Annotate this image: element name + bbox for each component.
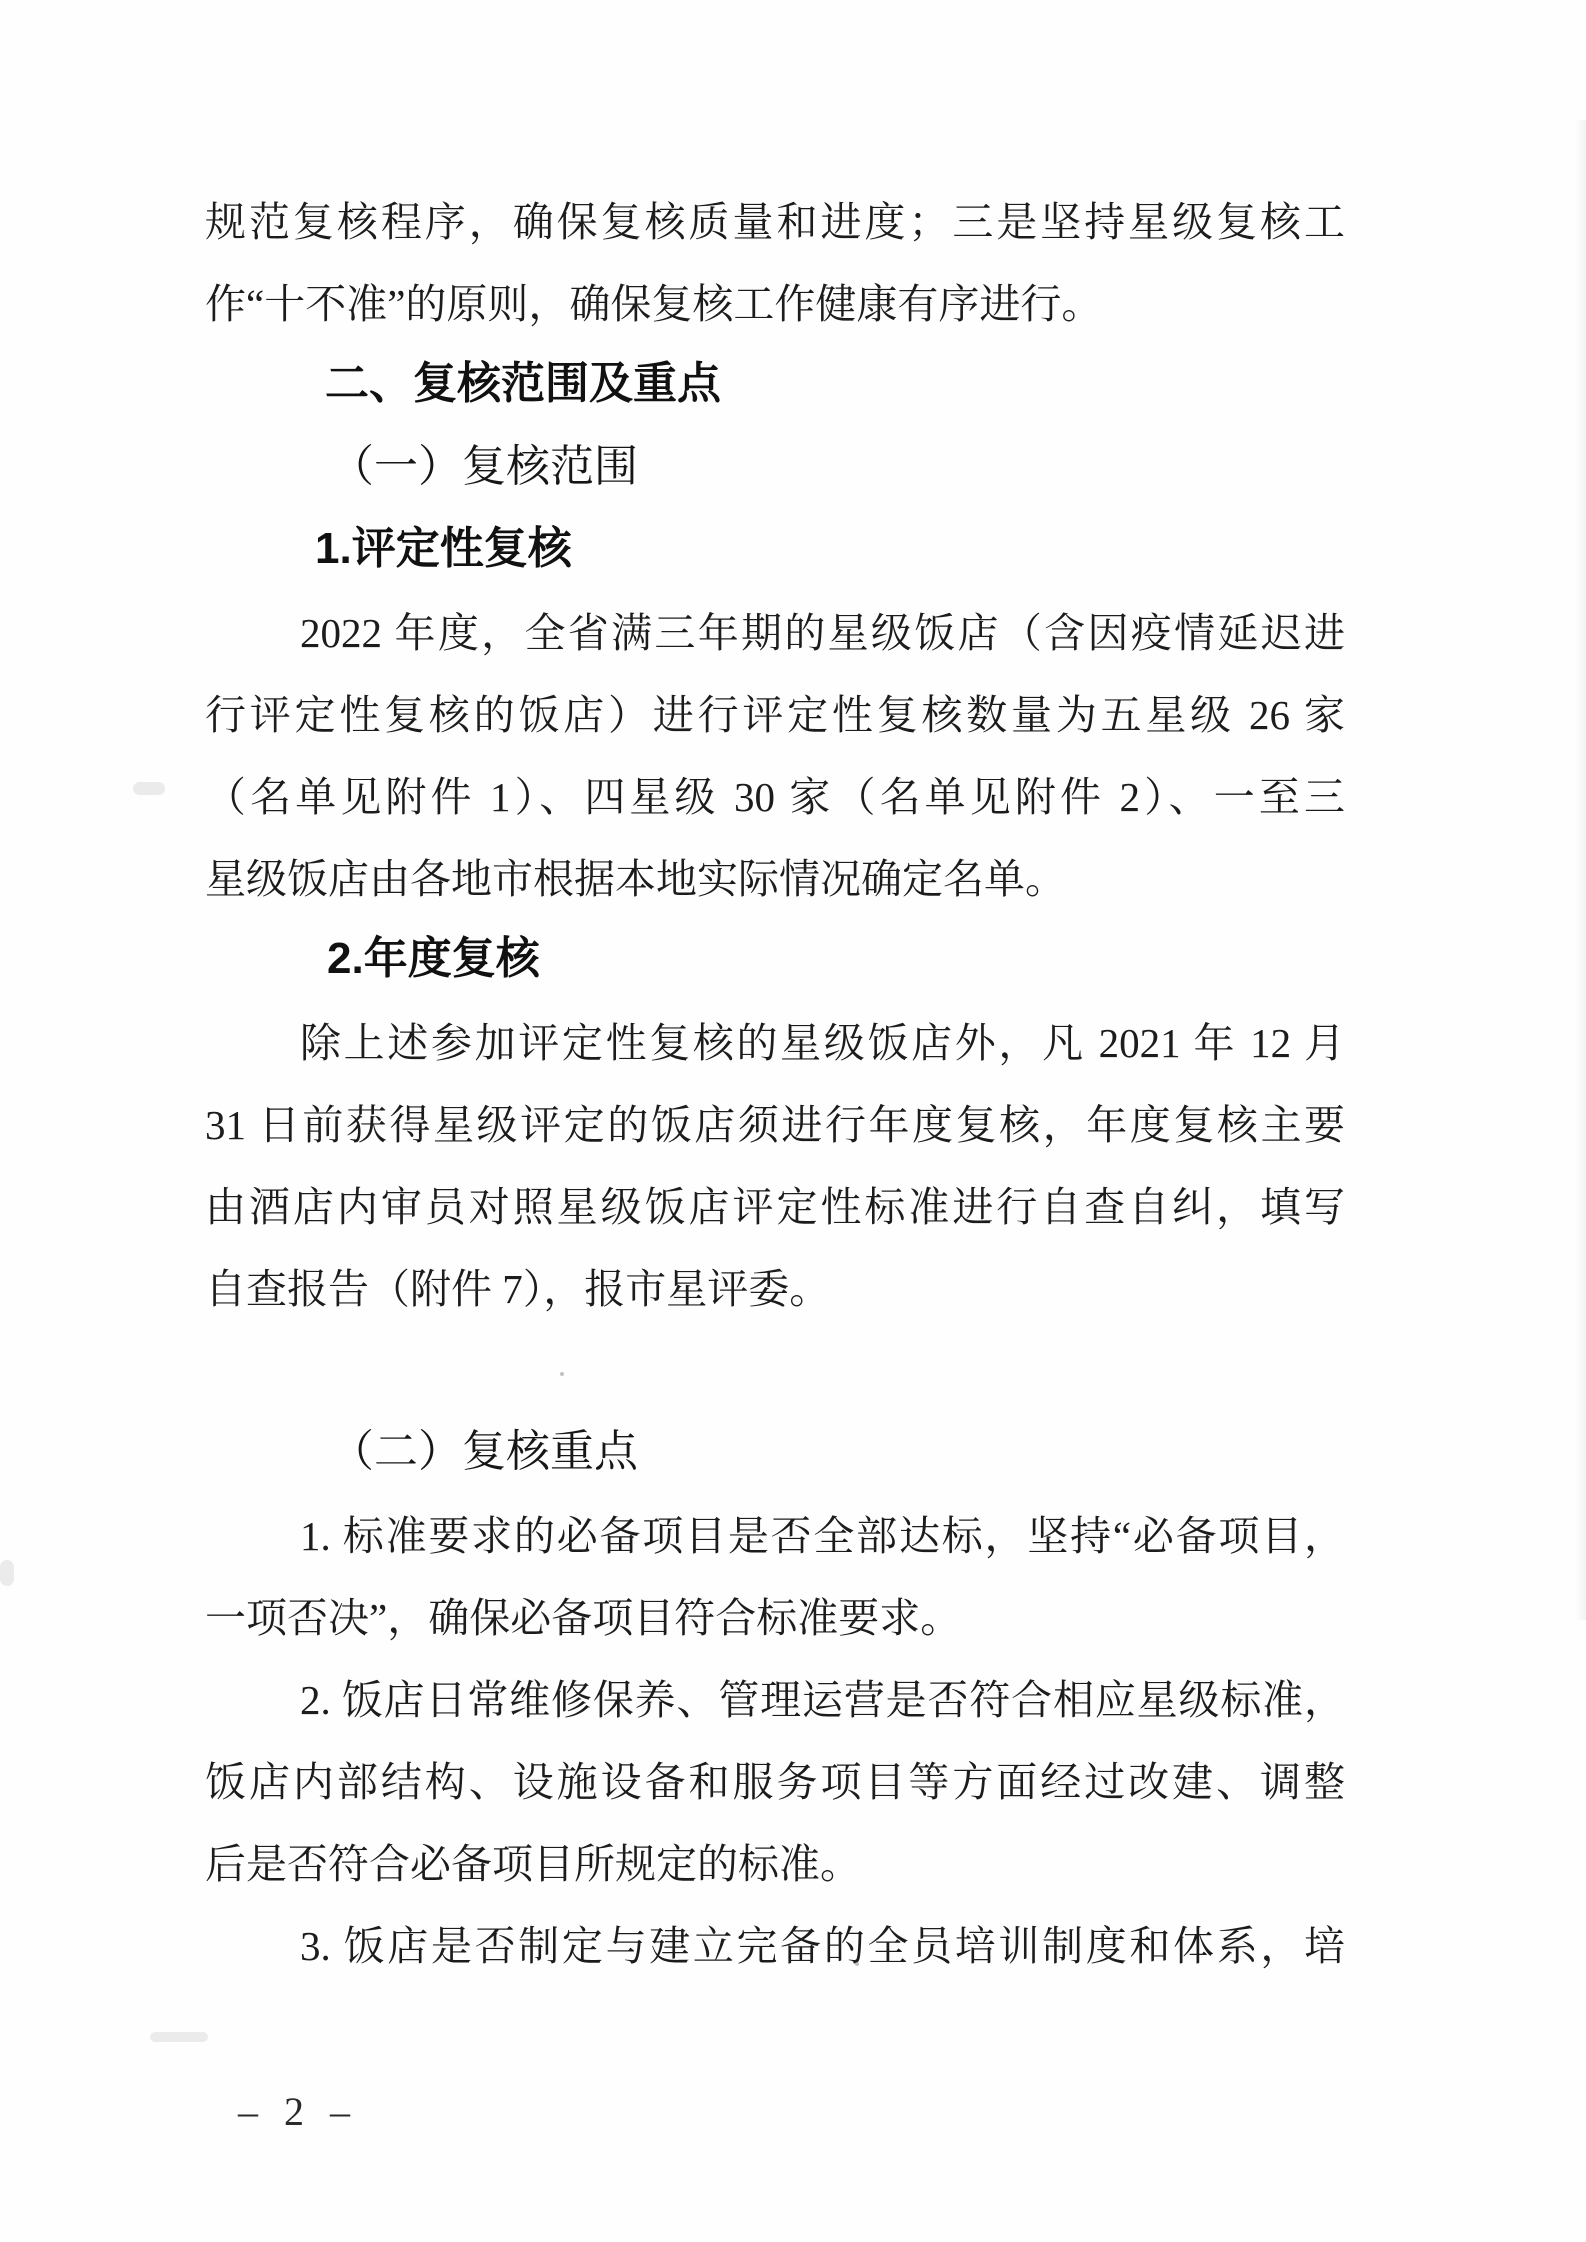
doc-line: 后是否符合必备项目所规定的标准。 — [205, 1835, 1345, 1893]
doc-line: 行评定性复核的饭店）进行评定性复核数量为五星级 26 家 — [205, 686, 1345, 744]
doc-line: 一项否决”，确保必备项目符合标准要求。 — [205, 1589, 1345, 1647]
subsection-heading: （一）复核范围 — [330, 438, 638, 496]
doc-line: 由酒店内审员对照星级饭店评定性标准进行自查自纠，填写 — [205, 1178, 1345, 1236]
scan-speck — [560, 1372, 564, 1376]
doc-line: 星级饭店由各地市根据本地实际情况确定名单。 — [205, 850, 1345, 908]
scan-edge-shade — [1576, 120, 1586, 1620]
doc-line: （名单见附件 1）、四星级 30 家（名单见附件 2）、一至三 — [205, 768, 1345, 826]
doc-line: 1. 标准要求的必备项目是否全部达标，坚持“必备项目， — [300, 1507, 1345, 1565]
subsection-heading: （二）复核重点 — [330, 1423, 638, 1481]
doc-line: 2. 饭店日常维修保养、管理运营是否符合相应星级标准， — [300, 1671, 1345, 1729]
doc-line: 31 日前获得星级评定的饭店须进行年度复核，年度复核主要 — [205, 1096, 1345, 1154]
doc-line: 除上述参加评定性复核的星级饭店外，凡 2021 年 12 月 — [300, 1014, 1345, 1072]
scan-artifact — [150, 2032, 208, 2042]
scan-speck — [855, 1962, 859, 1966]
doc-line: 饭店内部结构、设施设备和服务项目等方面经过改建、调整 — [205, 1753, 1345, 1811]
scan-artifact — [0, 1560, 14, 1586]
doc-line: 2022 年度，全省满三年期的星级饭店（含因疫情延迟进 — [300, 604, 1345, 662]
doc-line: 作“十不准”的原则，确保复核工作健康有序进行。 — [205, 275, 1345, 333]
document-page: 规范复核程序，确保复核质量和进度；三是坚持星级复核工 作“十不准”的原则，确保复… — [0, 0, 1586, 2242]
doc-line: 自查报告（附件 7），报市星评委。 — [205, 1260, 1345, 1318]
section-heading: 二、复核范围及重点 — [325, 355, 721, 413]
doc-line: 规范复核程序，确保复核质量和进度；三是坚持星级复核工 — [205, 193, 1345, 251]
numbered-heading: 2.年度复核 — [327, 930, 540, 988]
doc-line: 3. 饭店是否制定与建立完备的全员培训制度和体系，培 — [300, 1917, 1345, 1975]
page-number: – 2 – — [238, 2088, 358, 2135]
numbered-heading: 1.评定性复核 — [315, 520, 572, 578]
scan-artifact — [133, 782, 165, 795]
